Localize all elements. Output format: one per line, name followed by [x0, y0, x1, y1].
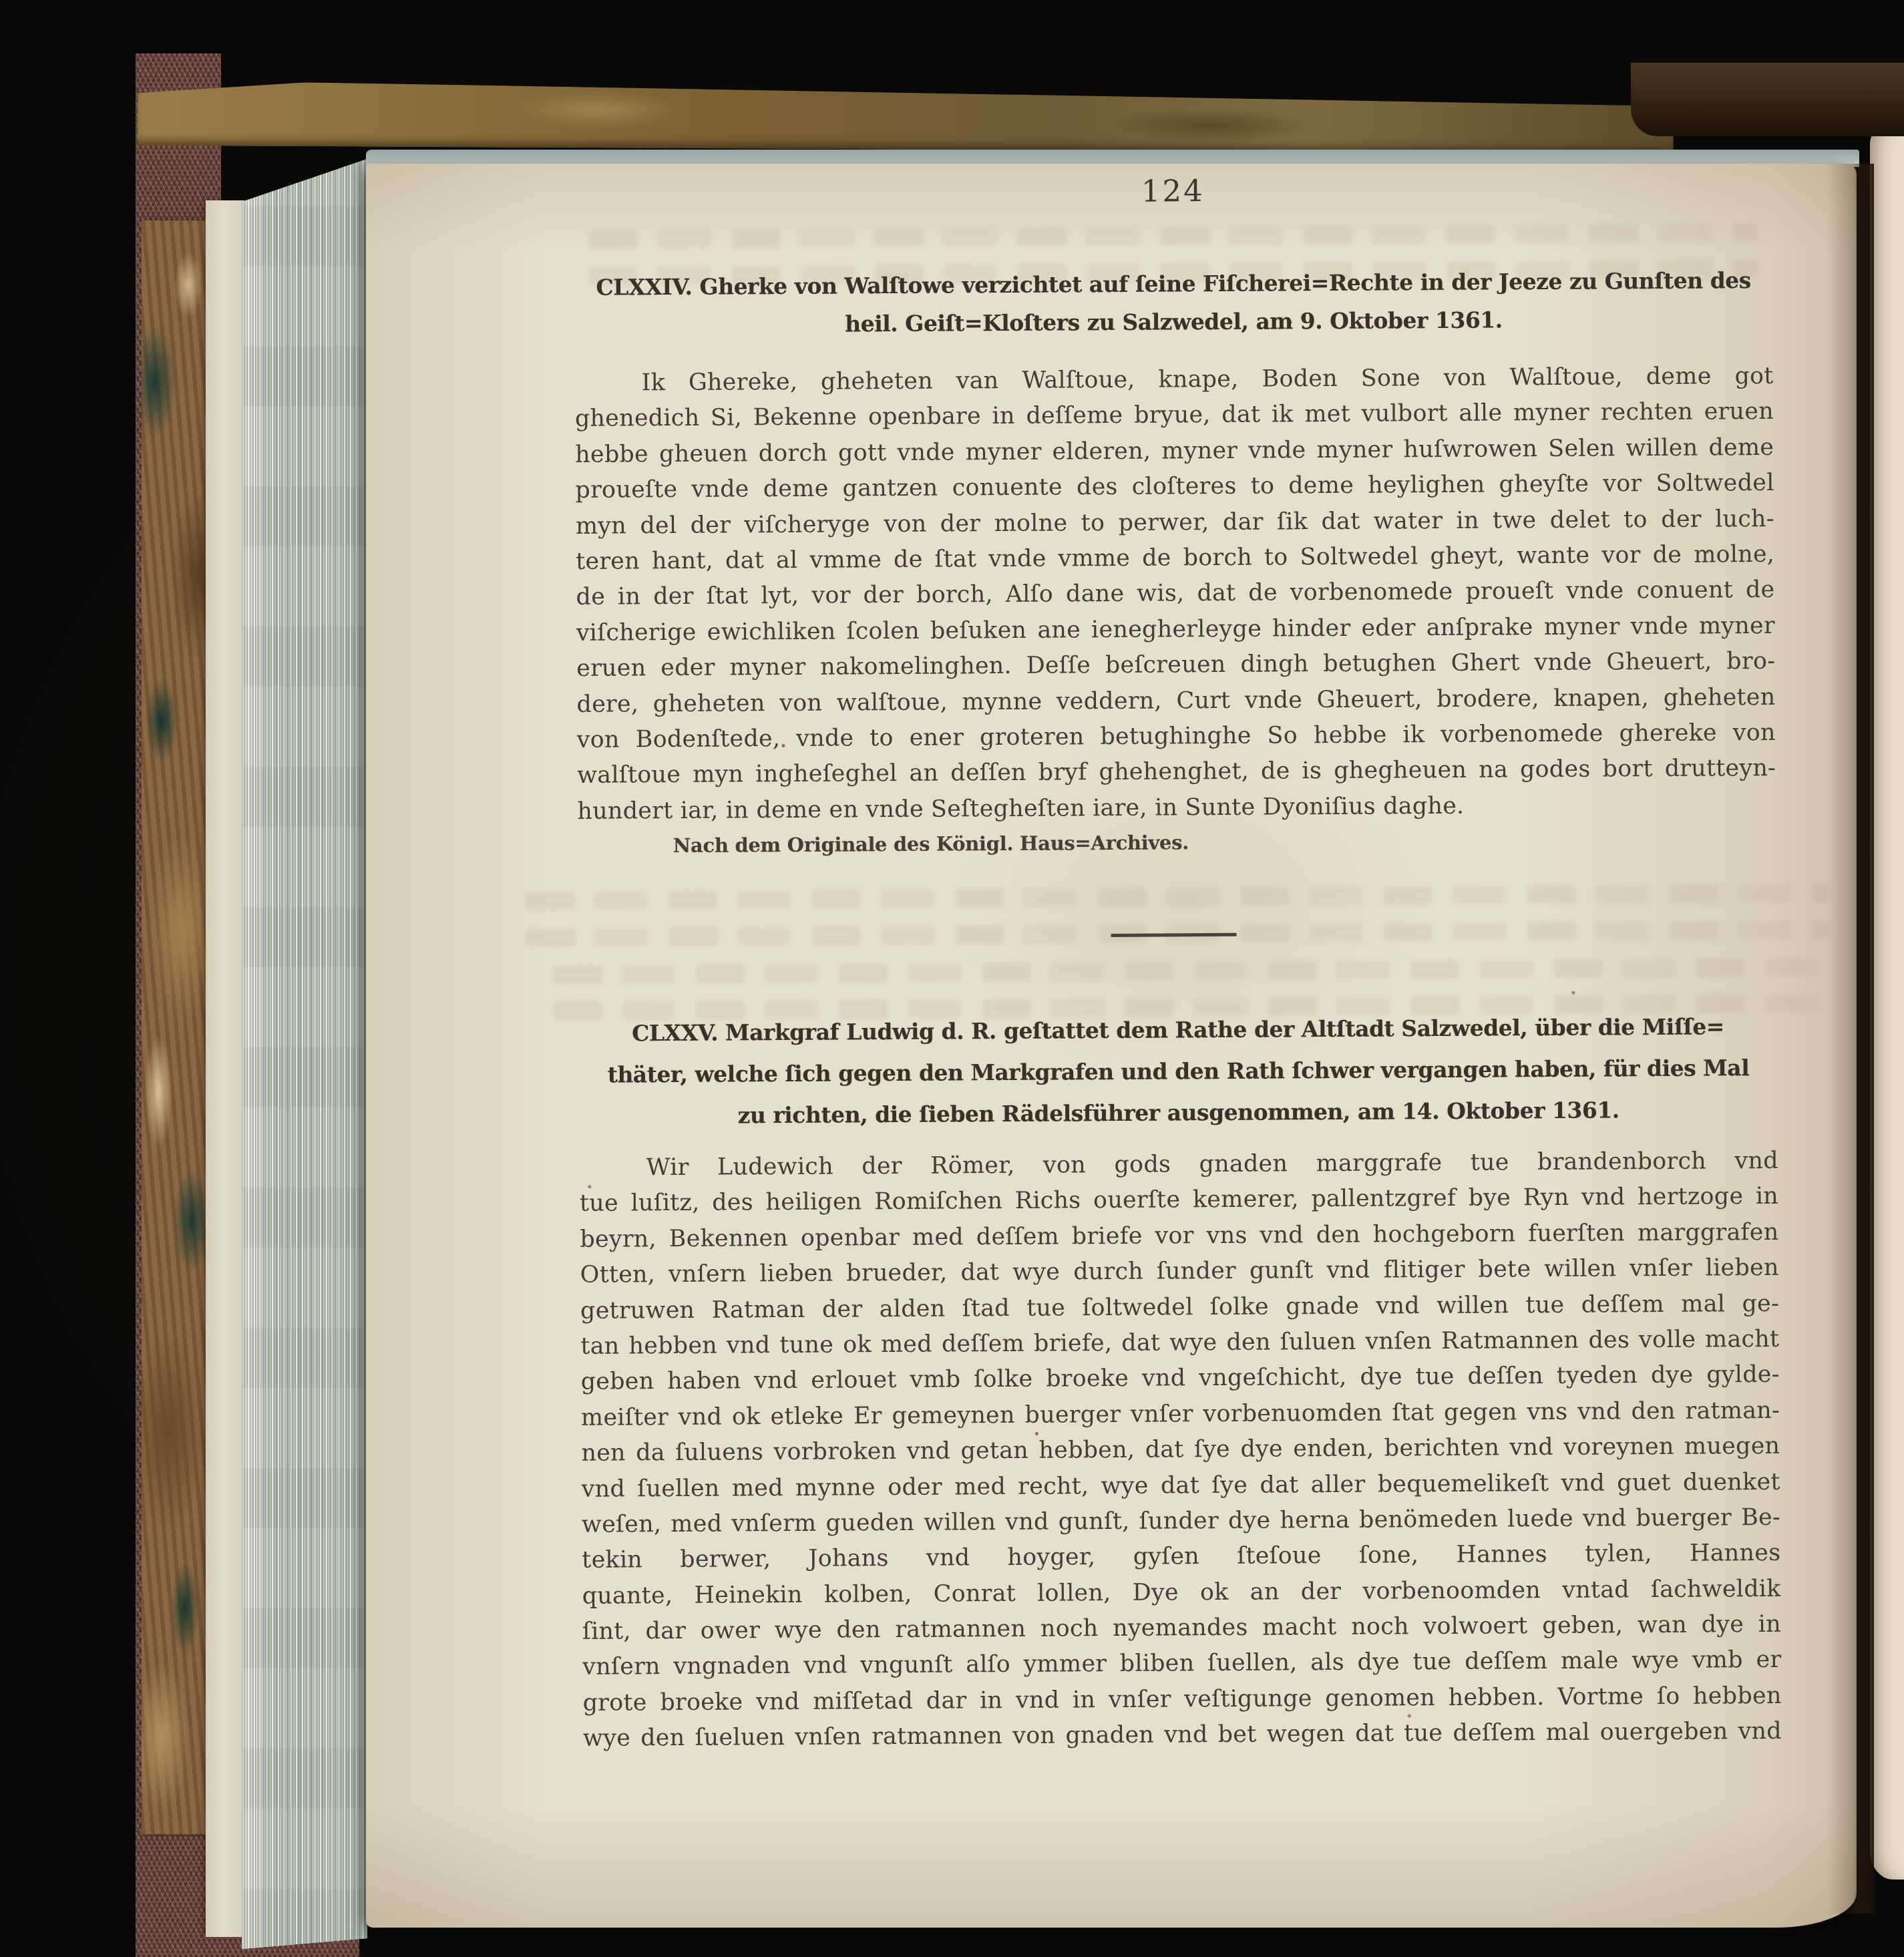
marbled-endpaper-edge	[142, 220, 208, 1834]
body-text-line: walſtoue myn ingheſeghel an deſſen bryf …	[577, 751, 1776, 793]
ghost-showthrough	[589, 223, 1758, 248]
spine-leather-edge	[1631, 63, 1904, 136]
ghost-showthrough	[554, 958, 1823, 984]
ghost-showthrough	[526, 884, 1829, 910]
page-content: 124 CLXXIV. Gherke von Walſtowe verzicht…	[362, 159, 1863, 1932]
flyleaf-edge	[206, 200, 244, 1937]
section-heading-clxxiv: CLXXIV. Gherke von Walſtowe verzichtet a…	[574, 261, 1773, 345]
page-fore-edge-stack	[242, 159, 367, 1949]
body-text-line: wye den ſueluen vnſen ratmannen von gnad…	[583, 1714, 1782, 1757]
section-heading-clxxv: CLXXV. Markgraf Ludwig d. R. geſtattet d…	[578, 1006, 1778, 1137]
charter-text-clxxv: Wir Ludewich der Römer, von gods gnaden …	[580, 1143, 1782, 1757]
heading-line: thäter, welche ſich gegen den Markgrafen…	[579, 1047, 1778, 1096]
cover-top-edge-band	[138, 81, 1674, 154]
heading-line: CLXXIV. Gherke von Walſtowe verzichtet a…	[574, 261, 1772, 307]
source-note: Nach dem Originale des Königl. Haus=Arch…	[673, 831, 1189, 857]
charter-text-clxxiv: Ik Ghereke, gheheten van Walſtoue, knape…	[574, 359, 1776, 830]
book-photo-scene: 124 CLXXIV. Gherke von Walſtowe verzicht…	[0, 0, 1904, 1957]
heading-line: zu richten, die ſieben Rädelsführer ausg…	[579, 1089, 1778, 1137]
heading-line: heil. Geiſt=Kloſters zu Salzwedel, am 9.…	[574, 299, 1773, 345]
heading-line: CLXXV. Markgraf Ludwig d. R. geſtattet d…	[578, 1006, 1777, 1055]
adjacent-page-edge	[1870, 130, 1904, 1880]
page-number: 124	[574, 169, 1772, 214]
body-text-line: hundert iar, in deme en vnde Seſtegheſte…	[577, 787, 1776, 830]
